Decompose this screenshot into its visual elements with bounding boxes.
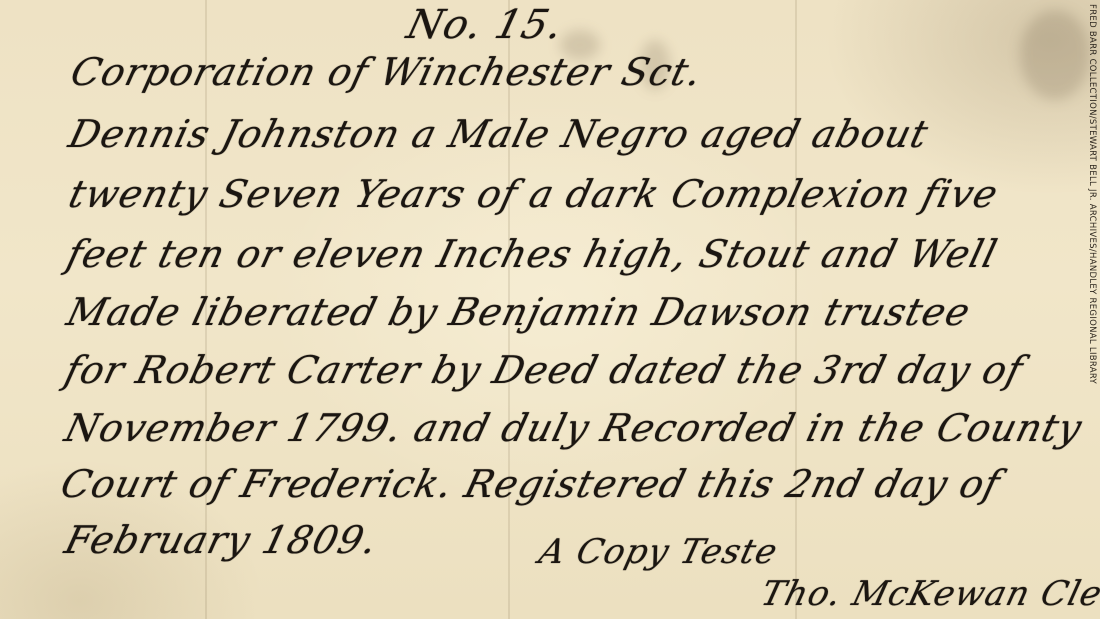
body-line: Court of Frederick. Registered this 2nd … [57, 462, 1005, 506]
body-line: twenty Seven Years of a dark Complexion … [65, 172, 1003, 216]
body-line: February 1809. [61, 518, 383, 562]
body-line: November 1799. and duly Recorded in the … [61, 406, 1087, 450]
document-number: No. 15. [402, 2, 568, 48]
handwritten-certificate: No. 15. Corporation of Winchester Sct. D… [0, 0, 1080, 619]
photo-credit: FRED BARR COLLECTION/STEWART BELL JR. AR… [1087, 4, 1097, 384]
clerk-signature: Tho. McKewan Clerk [757, 574, 1100, 614]
body-line: feet ten or eleven Inches high, Stout an… [63, 232, 1003, 276]
attestation-text: A Copy Teste [535, 532, 782, 572]
body-line: for Robert Carter by Deed dated the 3rd … [61, 348, 1028, 392]
body-line: Made liberated by Benjamin Dawson truste… [63, 290, 976, 334]
body-line: Dennis Johnston a Male Negro aged about [65, 112, 934, 156]
heading-line: Corporation of Winchester Sct. [67, 50, 707, 94]
